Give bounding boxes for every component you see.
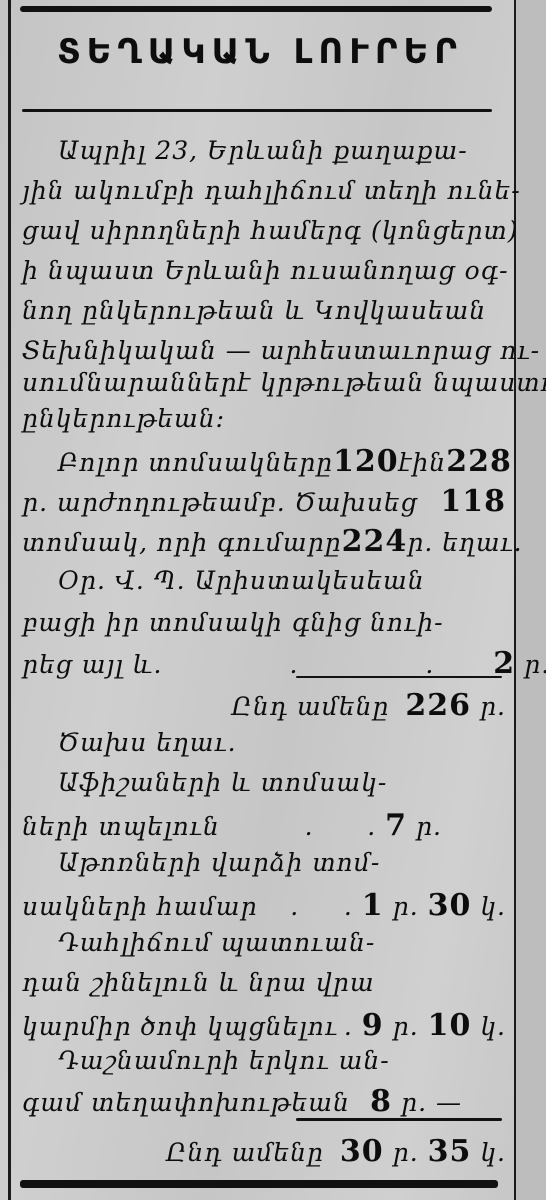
text: Օր. Վ. Պ. Արիստակեսեան: [58, 566, 425, 595]
text: կարմիր ծոփ կպցնելու: [22, 1012, 338, 1041]
text: ր. արժողութեամբ. Ծախսեց: [22, 488, 418, 517]
unit: ր.: [416, 812, 442, 841]
paragraph-line: սումնարաններէ կրթութեան նպաստող: [22, 368, 506, 397]
text: գամ տեղափոխութեան: [22, 1088, 350, 1117]
subtotal-expenses: Ընդ ամենը 30 ր. 35 կ.: [22, 1134, 506, 1169]
paragraph-line: յին ակումբի դահլիճում տեղի ունե-: [22, 176, 506, 205]
paragraph-line: ցավ սիրողների համերգ (կոնցերտ): [22, 216, 506, 245]
total-amount: 226: [405, 688, 471, 723]
expense-line: Դաշնամուրի երկու ան-: [22, 1046, 506, 1075]
text: նող ընկերութեան և Կովկասեան: [22, 296, 486, 325]
unit: կ.: [480, 892, 506, 921]
dash: —: [436, 1088, 462, 1117]
text: րեց այլ և: [22, 650, 154, 679]
expense-line: Աֆիշաների և տոմսակ-: [22, 768, 506, 797]
expense-line: Աթոռների վարձի տոմ-: [22, 848, 506, 877]
expenses-heading: Ծախս եղաւ.: [22, 728, 506, 757]
subtotal-rule: [296, 1118, 502, 1121]
title-rule: [22, 109, 492, 112]
expense-line: սակների համար . . 1 ր. 30 կ.: [22, 888, 506, 923]
unit: ր.: [401, 1088, 427, 1117]
expense-line: Դահլիճում պատուան-: [22, 928, 506, 957]
text: բացի իր տոմսակի գնից նուի-: [22, 608, 444, 637]
paragraph-line: նող ընկերութեան և Կովկասեան: [22, 296, 506, 325]
expense-amount: 1: [362, 888, 384, 923]
text: ների տպելուն: [22, 812, 220, 841]
unit: ր.: [524, 650, 546, 679]
text: Ծախս եղաւ.: [58, 728, 237, 757]
paragraph-line: Ապրիլ 23, Երևանի քաղաքա-: [22, 136, 506, 165]
text: Աֆիշաների և տոմսակ-: [58, 768, 387, 797]
text: Դահլիճում պատուան-: [58, 928, 375, 957]
expense-line: ների տպելուն . . 7 ր.: [22, 808, 442, 843]
ticket-revenue: 224: [342, 524, 408, 559]
expense-kopeks: 30: [428, 888, 472, 923]
text: ի նպաստ Երևանի ուսանողաց օգ-: [22, 256, 509, 285]
donation-line-1: Օր. Վ. Պ. Արիստակեսեան: [22, 566, 506, 595]
paragraph-line: ի նպաստ Երևանի ուսանողաց օգ-: [22, 256, 506, 285]
text: տոմսակ, որի գումարը: [22, 528, 342, 557]
text: ընկերութեան։: [22, 404, 225, 433]
tickets-line-3: տոմսակ, որի գումարը 224 ր. եղաւ.: [22, 524, 506, 559]
total-label: Ընդ ամենը: [232, 692, 390, 721]
expense-line: գամ տեղափոխութեան 8 ր. —: [22, 1084, 462, 1119]
unit: ր.: [393, 892, 419, 921]
ticket-count: 120: [333, 444, 399, 479]
ticket-value: 228: [446, 444, 512, 479]
total-amount: 30: [340, 1134, 384, 1169]
top-rule: [20, 6, 492, 12]
total-label: Ընդ ամենը: [166, 1138, 324, 1167]
subtotal-rule: [296, 676, 502, 678]
unit: կ.: [480, 1012, 506, 1041]
text: Աթոռների վարձի տոմ-: [58, 848, 380, 877]
expense-line: դան շինելուն և նրա վրա: [22, 968, 506, 997]
column-border-left: [8, 0, 11, 1200]
section-title: ՏԵՂԱԿԱՆ ԼՈՒՐԵՐ: [0, 32, 520, 72]
text: Դաշնամուրի երկու ան-: [58, 1046, 390, 1075]
text: Տեխնիկական — արհեստաւորաց ու-: [22, 336, 540, 365]
unit: ր.: [480, 692, 506, 721]
expense-amount: 8: [370, 1084, 392, 1119]
unit: ր.: [393, 1138, 419, 1167]
text: ցավ սիրողների համերգ (կոնցերտ): [22, 216, 518, 245]
expense-kopeks: 10: [428, 1008, 472, 1043]
text: Բոլոր տոմսակները: [58, 448, 333, 477]
paragraph-line: ընկերութեան։: [22, 404, 506, 433]
text: Ապրիլ 23, Երևանի քաղաքա-: [58, 136, 468, 165]
text: սակների համար: [22, 892, 258, 921]
text: սումնարաններէ կրթութեան նպաստող: [22, 368, 546, 397]
tickets-line-1: Բոլոր տոմսակները 120 էին 228: [22, 444, 506, 479]
text: էին: [399, 448, 447, 477]
text: յին ակումբի դահլիճում տեղի ունե-: [22, 176, 521, 205]
tickets-line-2: ր. արժողութեամբ. Ծախսեց 118: [22, 484, 506, 519]
subtotal-income: Ընդ ամենը 226 ր.: [22, 688, 506, 723]
bottom-rule: [20, 1180, 498, 1188]
total-kopeks: 35: [428, 1134, 472, 1169]
expense-amount: 9: [362, 1008, 384, 1043]
text: դան շինելուն և նրա վրա: [22, 968, 375, 997]
paragraph-line: Տեխնիկական — արհեստաւորաց ու-: [22, 336, 506, 365]
unit: ր.: [393, 1012, 419, 1041]
tickets-sold: 118: [440, 484, 506, 519]
leader-dots: . . .: [154, 650, 494, 679]
expense-line: կարմիր ծոփ կպցնելու . 9 ր. 10 կ.: [22, 1008, 506, 1043]
unit: ր. եղաւ.: [407, 528, 522, 557]
unit: կ.: [480, 1138, 506, 1167]
donation-line-2: բացի իր տոմսակի գնից նուի-: [22, 608, 506, 637]
expense-amount: 7: [385, 808, 407, 843]
